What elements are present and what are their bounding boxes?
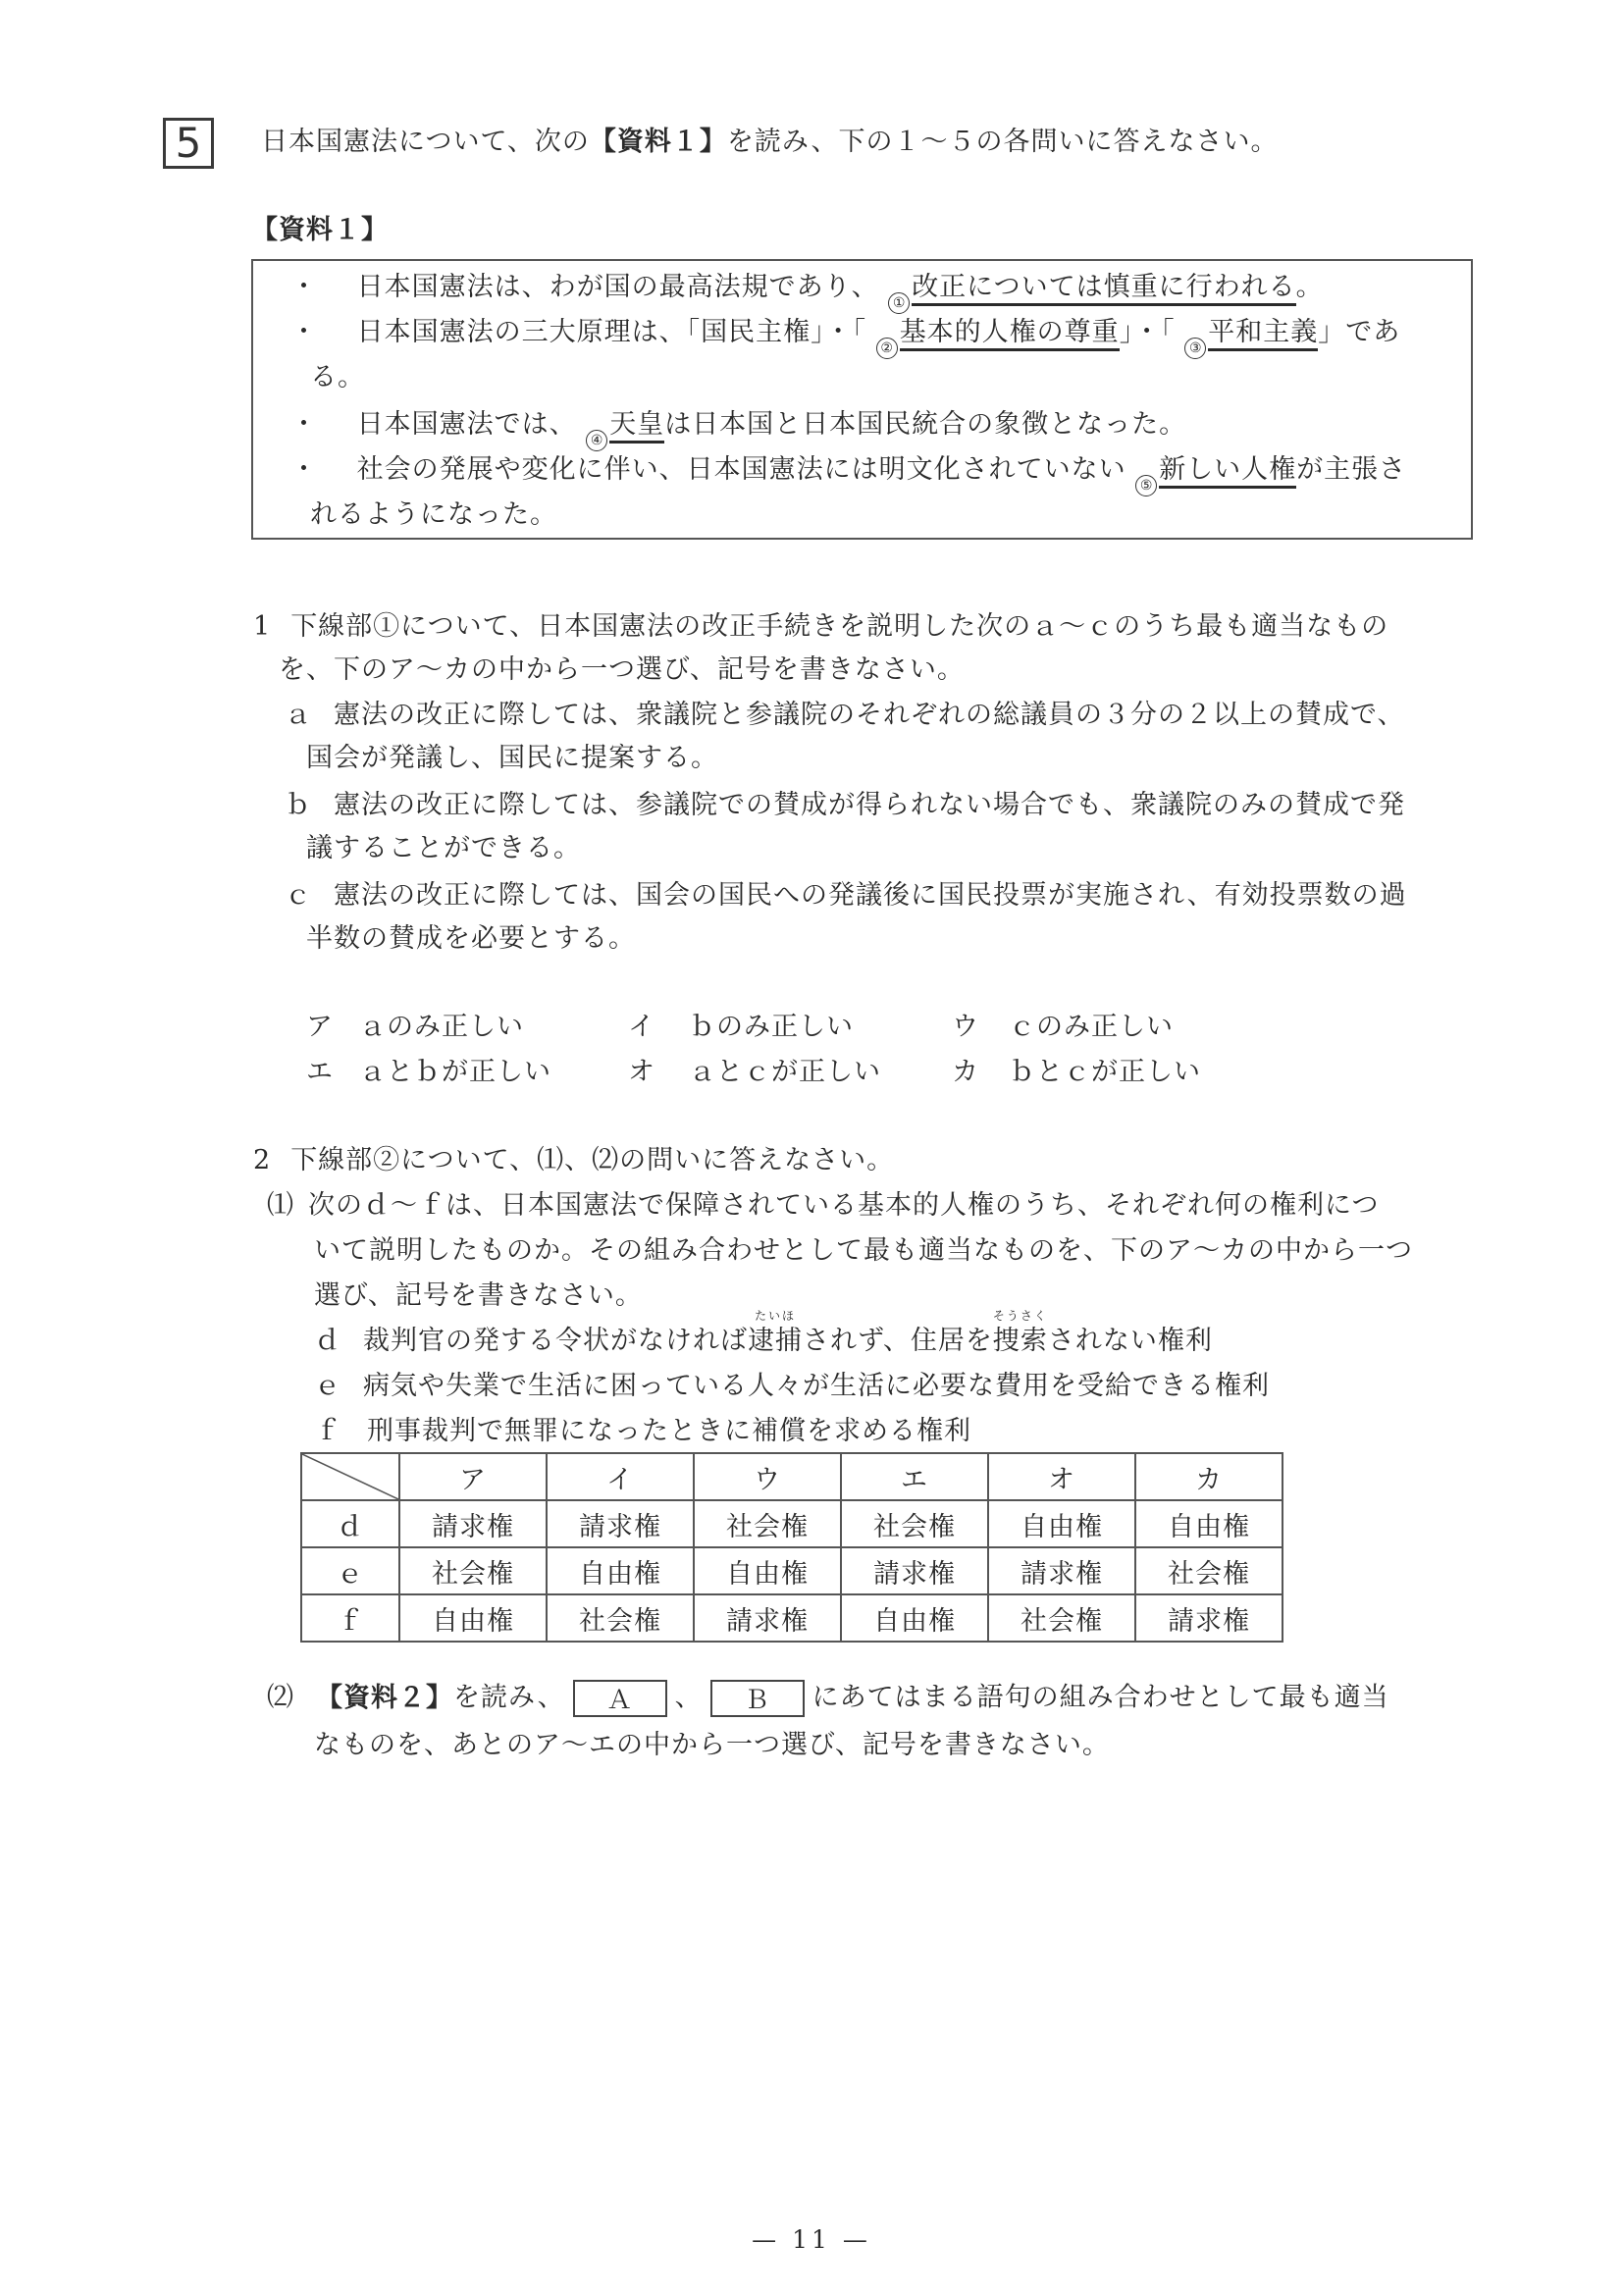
q1-statement-a: ａ憲法の改正に際しては、衆議院と参議院のそれぞれの総議員の３分の２以上の賛成で、 (285, 699, 1404, 732)
table-cell: 請求権 (988, 1547, 1135, 1594)
table-header: エ (841, 1453, 988, 1500)
bullet: ・ (290, 272, 318, 302)
q1-text-line2: を、下のア～カの中から一つ選び、記号を書きなさい。 (279, 653, 965, 687)
table-cell: 社会権 (399, 1547, 547, 1594)
q1-choice-u: ウｃのみ正しい (952, 1011, 1174, 1044)
q2-item-f: ｆ刑事裁判で無罪になったときに補償を求める権利 (314, 1415, 971, 1448)
q2-sub2-line2: なものを、あとのア～エの中から一つ選び、記号を書きなさい。 (314, 1729, 1110, 1762)
q1-statement-a-cont: 国会が発議し、国民に提案する。 (306, 742, 718, 775)
marker-5: ⑤ (1135, 475, 1157, 496)
sub1-label: ⑴ (267, 1190, 294, 1221)
q1-text-line1: 1下線部①について、日本国憲法の改正手続きを説明した次のａ～ｃのうち最も適当なも… (253, 610, 1388, 644)
q1-statement-b: ｂ憲法の改正に際しては、参議院での賛成が得られない場合でも、衆議院のみの賛成で発 (285, 789, 1405, 822)
sub2-label: ⑵ (267, 1683, 294, 1713)
table-header: オ (988, 1453, 1135, 1500)
table-cell: 自由権 (399, 1594, 547, 1642)
ruby-taiho: たいほ逮捕 (748, 1325, 803, 1358)
blank-a-box: Ａ (573, 1680, 667, 1717)
q1-choice-i: イｂのみ正しい (628, 1011, 854, 1044)
intro-text-1: 日本国憲法について、次の (261, 127, 590, 157)
question-number-box: 5 (163, 118, 214, 169)
underlined-4: 天皇 (609, 409, 664, 444)
q1-choice-e: エａとｂが正しい (306, 1056, 551, 1089)
shiryo1-item-2: ・ 日本国憲法の三大原理は、「国民主権」・「 ②基本的人権の尊重」・「 ③平和主… (290, 316, 1400, 359)
shiryo1-item-1: ・ 日本国憲法は、わが国の最高法規であり、 ①改正については慎重に行われる。 (290, 271, 1324, 314)
shiryo1-item-3: ・ 日本国憲法では、 ④天皇は日本国と日本国民統合の象徴となった。 (290, 408, 1186, 451)
rights-table: ア イ ウ エ オ カ ｄ 請求権 請求権 社会権 社会権 自由権 自由権 ｅ … (300, 1452, 1283, 1643)
shiryo1-label: 【資料１】 (251, 214, 389, 247)
underlined-5: 新しい人権 (1159, 454, 1296, 489)
table-cell: 社会権 (841, 1500, 988, 1547)
q2-text: 2下線部②について、⑴、⑵の問いに答えなさい。 (253, 1144, 894, 1177)
blank-b-box: Ｂ (710, 1680, 805, 1717)
table-row: ｄ 請求権 請求権 社会権 社会権 自由権 自由権 (301, 1500, 1283, 1547)
table-cell: 請求権 (694, 1594, 841, 1642)
q2-sub2-line1: ⑵【資料２】を読み、Ａ、Ｂにあてはまる語句の組み合わせとして最も適当 (267, 1680, 1389, 1717)
table-header: ア (399, 1453, 547, 1500)
shiryo1-item-4: ・ 社会の発展や変化に伴い、日本国憲法には明文化されていない ⑤新しい人権が主張… (290, 453, 1406, 496)
diagonal-line-icon (302, 1454, 398, 1499)
page-number: — 11 — (0, 2225, 1623, 2254)
shiryo1-item-4-cont: れるようになった。 (310, 498, 557, 532)
table-cell: 自由権 (694, 1547, 841, 1594)
question-intro: 日本国憲法について、次の【資料１】を読み、下の１～５の各問いに答えなさい。 (261, 126, 1279, 159)
q2-sub1-line2: いて説明したものか。その組み合わせとして最も適当なものを、下のア～カの中から一つ (314, 1234, 1413, 1268)
q1-number: 1 (253, 611, 271, 642)
q1-statement-c: ｃ憲法の改正に際しては、国会の国民への発議後に国民投票が実施され、有効投票数の過 (285, 879, 1407, 913)
table-row: ｅ 社会権 自由権 自由権 請求権 請求権 社会権 (301, 1547, 1283, 1594)
shiryo1-item-2-cont: る。 (310, 361, 365, 394)
shiryo2-ref: 【資料２】 (316, 1683, 453, 1713)
table-header: ウ (694, 1453, 841, 1500)
underlined-2: 基本的人権の尊重 (900, 317, 1120, 351)
q2-sub1-line1: ⑴次のｄ～ｆは、日本国憲法で保障されている基本的人権のうち、それぞれ何の権利につ (267, 1189, 1379, 1223)
row-label: ｅ (301, 1547, 399, 1594)
q1-choice-ka: カｂとｃが正しい (952, 1056, 1201, 1089)
marker-1: ① (888, 292, 910, 314)
table-cell: 自由権 (547, 1547, 694, 1594)
table-cell: 社会権 (694, 1500, 841, 1547)
ruby-sousaku: そうさく捜索 (993, 1325, 1048, 1358)
table-row: ｆ 自由権 社会権 請求権 自由権 社会権 請求権 (301, 1594, 1283, 1642)
q2-sub1-line3: 選び、記号を書きなさい。 (314, 1279, 643, 1313)
table-header-row: ア イ ウ エ オ カ (301, 1453, 1283, 1500)
marker-3: ③ (1184, 338, 1206, 359)
q2-item-e: ｅ病気や失業で生活に困っている人々が生活に必要な費用を受給できる権利 (314, 1370, 1270, 1403)
underlined-1: 改正については慎重に行われる (912, 272, 1295, 306)
row-label: ｆ (301, 1594, 399, 1642)
q2-number: 2 (253, 1145, 271, 1175)
table-header: カ (1135, 1453, 1283, 1500)
bullet: ・ (290, 454, 318, 485)
table-cell: 社会権 (988, 1594, 1135, 1642)
q1-statement-b-cont: 議することができる。 (306, 832, 581, 865)
q2-item-d: ｄ裁判官の発する令状がなければたいほ逮捕されず、住居をそうさく捜索されない権利 (314, 1325, 1213, 1358)
bullet: ・ (290, 409, 318, 440)
q1-choice-a: アａのみ正しい (306, 1011, 524, 1044)
table-cell: 社会権 (1135, 1547, 1283, 1594)
table-cell: 自由権 (841, 1594, 988, 1642)
row-label: ｄ (301, 1500, 399, 1547)
q1-choice-o: オａとｃが正しい (628, 1056, 881, 1089)
underlined-3: 平和主義 (1208, 317, 1318, 351)
marker-2: ② (876, 338, 898, 359)
table-cell: 請求権 (547, 1500, 694, 1547)
table-cell: 自由権 (1135, 1500, 1283, 1547)
table-header: イ (547, 1453, 694, 1500)
table-cell: 自由権 (988, 1500, 1135, 1547)
corner-cell (301, 1453, 399, 1500)
table-cell: 社会権 (547, 1594, 694, 1642)
shiryo1-ref: 【資料１】 (590, 127, 727, 157)
table-cell: 請求権 (841, 1547, 988, 1594)
table-cell: 請求権 (399, 1500, 547, 1547)
bullet: ・ (290, 317, 318, 347)
q1-statement-c-cont: 半数の賛成を必要とする。 (306, 922, 636, 956)
marker-4: ④ (586, 430, 607, 451)
table-cell: 請求権 (1135, 1594, 1283, 1642)
intro-text-2: を読み、下の１～５の各問いに答えなさい。 (727, 127, 1279, 157)
